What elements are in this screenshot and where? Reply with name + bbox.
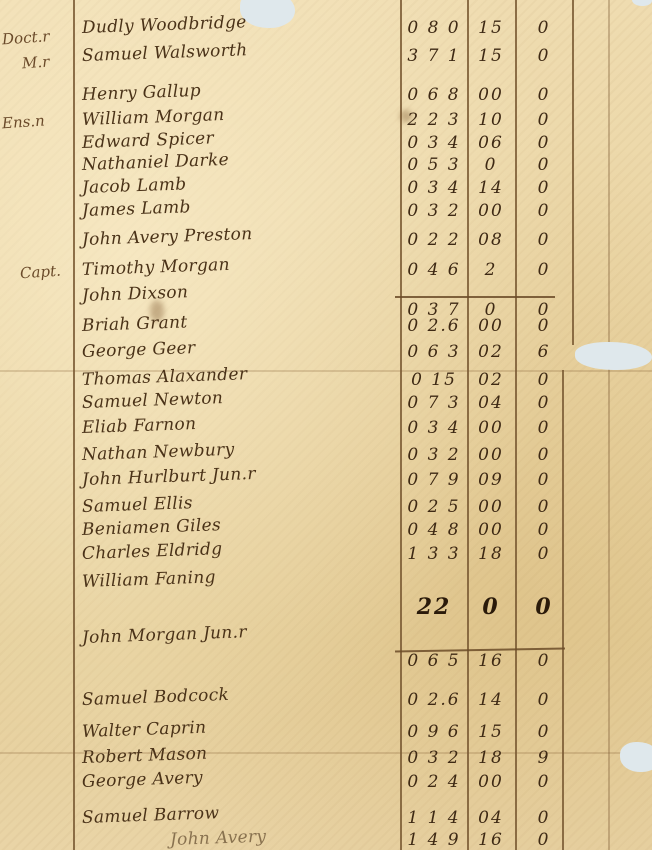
amount-shillings: 00 (469, 85, 513, 105)
amount-shillings: 18 (469, 748, 513, 768)
amount-shillings: 14 (469, 178, 513, 198)
amount-pence: 0 (518, 155, 568, 175)
ledger-row: George Avery 0 2 4 00 0 (0, 772, 652, 796)
amount-shillings: 04 (469, 393, 513, 413)
person-name: John Morgan Jun.r (82, 617, 393, 648)
amount-pounds: 0 6 5 (403, 651, 465, 671)
paper-tear (632, 0, 652, 6)
amount-pounds: 0 15 (403, 370, 465, 390)
amount-shillings: 14 (469, 690, 513, 710)
amount-pence: 0 (518, 418, 568, 438)
amount-pounds: 0 7 3 (403, 393, 465, 413)
amount-shillings: 00 (469, 445, 513, 465)
ledger-row: 22 0 0 (0, 594, 652, 618)
amount-pounds: 0 3 4 (403, 133, 465, 153)
amount-pence: 6 (518, 342, 568, 362)
amount-pounds: 0 3 2 (403, 201, 465, 221)
amount-pounds: 0 8 0 (403, 18, 465, 38)
amount-pence: 0 (518, 772, 568, 792)
amount-pence: 0 (518, 445, 568, 465)
amount-pounds: 0 2 2 (403, 230, 465, 250)
amount-pence: 0 (518, 393, 568, 413)
amount-pence: 0 (518, 110, 568, 130)
ledger-row: John Morgan Jun.r (0, 618, 652, 642)
amount-shillings: 00 (469, 201, 513, 221)
amount-shillings: 00 (469, 418, 513, 438)
amount-shillings: 08 (469, 230, 513, 250)
amount-pence: 0 (518, 497, 568, 517)
amount-pounds: 1 4 9 (403, 830, 465, 850)
amount-shillings: 15 (469, 722, 513, 742)
amount-shillings: 2 (469, 260, 513, 280)
amount-pounds: 0 3 4 (403, 178, 465, 198)
ledger-row: Samuel Bodcock 0 2.6 14 0 (0, 690, 652, 714)
amount-pence: 9 (518, 748, 568, 768)
amount-pence: 0 (518, 808, 568, 828)
amount-pence: 0 (518, 18, 568, 38)
amount-shillings: 09 (469, 470, 513, 490)
amount-shillings: 15 (469, 46, 513, 66)
amount-pounds: 3 7 1 (403, 46, 465, 66)
amount-pence: 0 (518, 201, 568, 221)
amount-shillings: 06 (469, 133, 513, 153)
amount-pounds: 0 4 6 (403, 260, 465, 280)
person-name: Walter Caprin (82, 711, 393, 742)
amount-pence: 0 (518, 370, 568, 390)
amount-pence: 0 (518, 178, 568, 198)
amount-pence: 0 (518, 520, 568, 540)
amount-pounds: 0 6 3 (403, 342, 465, 362)
amount-shillings: 10 (469, 110, 513, 130)
amount-pounds: 0 9 6 (403, 722, 465, 742)
amount-pence: 0 (518, 470, 568, 490)
amount-shillings: 00 (469, 772, 513, 792)
subtotal-pence: 0 (518, 594, 568, 620)
person-name: Dudly Woodbridge (82, 7, 393, 38)
amount-shillings: 0 (469, 155, 513, 175)
amount-pence: 0 (518, 544, 568, 564)
person-name: Samuel Bodcock (82, 679, 393, 710)
amount-pounds: 0 2.6 (403, 316, 465, 336)
amount-pounds: 0 2 5 (403, 497, 465, 517)
amount-pounds: 0 7 9 (403, 470, 465, 490)
amount-shillings: 00 (469, 497, 513, 517)
amount-pence: 0 (518, 316, 568, 336)
ledger-row: Samuel Walsworth 3 7 1 15 0 (0, 46, 652, 70)
amount-pounds: 0 3 2 (403, 748, 465, 768)
amount-pounds: 0 3 2 (403, 445, 465, 465)
amount-shillings: 15 (469, 18, 513, 38)
amount-pence: 0 (518, 722, 568, 742)
amount-shillings: 16 (469, 651, 513, 671)
amount-pounds: 1 3 3 (403, 544, 465, 564)
amount-pence: 0 (518, 85, 568, 105)
subtotal-pounds: 22 (403, 594, 465, 620)
ledger-page: Doct.r M.r Ens.n Capt. Dudly Woodbridge … (0, 0, 652, 850)
amount-shillings: 18 (469, 544, 513, 564)
ledger-row: John Avery 1 4 9 16 0 (0, 830, 652, 850)
amount-shillings: 16 (469, 830, 513, 850)
amount-pence: 0 (518, 230, 568, 250)
ledger-row: John Avery Preston 0 2 2 08 0 (0, 230, 652, 254)
amount-pounds: 0 5 3 (403, 155, 465, 175)
amount-pence: 0 (518, 260, 568, 280)
amount-pounds: 0 2.6 (403, 690, 465, 710)
amount-shillings: 02 (469, 342, 513, 362)
amount-pence: 0 (518, 46, 568, 66)
amount-shillings: 00 (469, 316, 513, 336)
ledger-row: 0 6 5 16 0 (0, 651, 652, 675)
amount-shillings: 02 (469, 370, 513, 390)
amount-pounds: 0 4 8 (403, 520, 465, 540)
amount-pounds: 2 2 3 (403, 110, 465, 130)
subtotal-shillings: 0 (469, 594, 513, 620)
amount-pounds: 0 2 4 (403, 772, 465, 792)
amount-pence: 0 (518, 651, 568, 671)
ledger-row: William Faning (0, 572, 652, 596)
amount-pence: 0 (518, 690, 568, 710)
amount-pounds: 0 6 8 (403, 85, 465, 105)
amount-shillings: 00 (469, 520, 513, 540)
amount-pence: 0 (518, 830, 568, 850)
amount-pounds: 0 3 4 (403, 418, 465, 438)
amount-pence: 0 (518, 133, 568, 153)
